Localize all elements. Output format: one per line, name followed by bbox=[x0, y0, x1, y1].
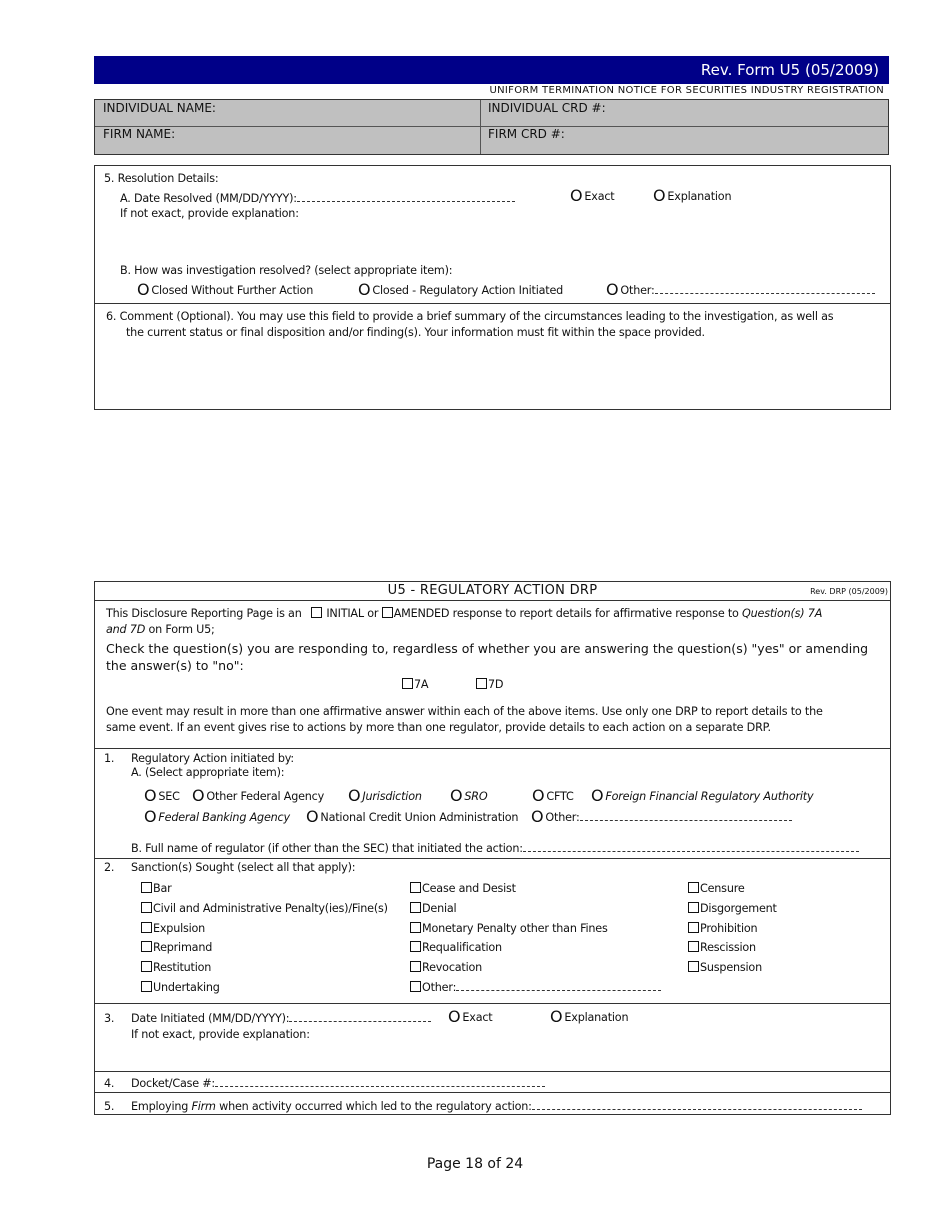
radio-closed-reg-action[interactable]: OClosed - Regulatory Action Initiated bbox=[358, 283, 563, 297]
q7a-option[interactable]: 7A bbox=[402, 678, 428, 691]
radio-label: Exact bbox=[584, 190, 614, 203]
q7d-label: 7D bbox=[488, 678, 503, 691]
radio-jurisdiction[interactable]: OJurisdiction bbox=[348, 789, 422, 803]
sanction-option[interactable]: Denial bbox=[410, 902, 456, 915]
employing-firm-line[interactable] bbox=[532, 1100, 862, 1110]
radio-label: Closed Without Further Action bbox=[151, 284, 313, 297]
explanation-label: If not exact, provide explanation: bbox=[120, 207, 299, 220]
initial-label: INITIAL or bbox=[326, 607, 378, 620]
employing-label: Employing bbox=[131, 1100, 188, 1113]
divider bbox=[95, 1071, 890, 1072]
sanction-label: Undertaking bbox=[153, 981, 220, 994]
item1-a-label: A. (Select appropriate item): bbox=[131, 766, 284, 779]
sanction-option[interactable]: Restitution bbox=[141, 961, 211, 974]
radio-label: Federal Banking Agency bbox=[158, 811, 289, 824]
other-line[interactable] bbox=[655, 284, 875, 294]
radio-other-regulator[interactable]: OOther: bbox=[531, 810, 792, 824]
radio-circle-icon: O bbox=[532, 789, 544, 803]
sanction-label: Denial bbox=[422, 902, 456, 915]
radio-circle-icon: O bbox=[137, 283, 149, 297]
sanction-label: Revocation bbox=[422, 961, 482, 974]
divider bbox=[95, 303, 890, 304]
regulator-name-field[interactable]: B. Full name of regulator (if other than… bbox=[131, 842, 859, 855]
page-number: Page 18 of 24 bbox=[0, 1156, 950, 1172]
radio-explanation-initiated[interactable]: OExplanation bbox=[550, 1010, 628, 1024]
form-header-bar: Rev. Form U5 (05/2009) bbox=[94, 56, 889, 84]
question-ref-7d: and 7D bbox=[106, 623, 145, 636]
checkbox[interactable] bbox=[410, 882, 421, 893]
radio-circle-icon: O bbox=[591, 789, 603, 803]
radio-label: SRO bbox=[464, 790, 487, 803]
sanction-label: Civil and Administrative Penalty(ies)/Fi… bbox=[153, 902, 388, 915]
item1-number: 1. bbox=[104, 752, 114, 765]
check-instructions-2: the answer(s) to "no": bbox=[106, 658, 244, 673]
checkbox[interactable] bbox=[688, 882, 699, 893]
sanction-option[interactable]: Requalification bbox=[410, 941, 502, 954]
on-form-text: on Form U5; bbox=[149, 623, 215, 636]
radio-label: Explanation bbox=[564, 1011, 628, 1024]
firm-label: Firm bbox=[192, 1100, 216, 1113]
checkbox[interactable] bbox=[688, 902, 699, 913]
radio-exact-initiated[interactable]: OExact bbox=[448, 1010, 493, 1024]
date-initiated-field[interactable]: Date Initiated (MM/DD/YYYY): bbox=[131, 1012, 431, 1025]
checkbox[interactable] bbox=[141, 941, 152, 952]
radio-circle-icon: O bbox=[192, 789, 204, 803]
sanction-option[interactable]: Monetary Penalty other than Fines bbox=[410, 922, 608, 935]
sanction-option[interactable]: Prohibition bbox=[688, 922, 757, 935]
radio-circle-icon: O bbox=[550, 1010, 562, 1024]
amended-label: AMENDED response to report details for a… bbox=[394, 607, 739, 620]
radio-ncua[interactable]: ONational Credit Union Administration bbox=[306, 810, 518, 824]
check-instructions-1: Check the question(s) you are responding… bbox=[106, 641, 868, 656]
radio-sro[interactable]: OSRO bbox=[450, 789, 488, 803]
radio-circle-icon: O bbox=[450, 789, 462, 803]
comment-instructions-2: the current status or final disposition … bbox=[126, 326, 705, 339]
q7d-option[interactable]: 7D bbox=[476, 678, 503, 691]
identity-box: INDIVIDUAL NAME: INDIVIDUAL CRD #: FIRM … bbox=[94, 99, 889, 155]
date-initiated-label: Date Initiated (MM/DD/YYYY): bbox=[131, 1012, 289, 1025]
sanction-label: Suspension bbox=[700, 961, 762, 974]
radio-circle-icon: O bbox=[531, 810, 543, 824]
radio-circle-icon: O bbox=[306, 810, 318, 824]
item3-number: 3. bbox=[104, 1012, 114, 1025]
sanction-label: Bar bbox=[153, 882, 172, 895]
divider bbox=[95, 748, 890, 749]
radio-label: CFTC bbox=[546, 790, 573, 803]
intro-text: This Disclosure Reporting Page is an bbox=[106, 607, 302, 620]
radio-circle-icon: O bbox=[653, 189, 665, 203]
radio-closed-no-action[interactable]: OClosed Without Further Action bbox=[137, 283, 313, 297]
radio-circle-icon: O bbox=[570, 189, 582, 203]
other-line[interactable] bbox=[580, 811, 792, 821]
drp-title: U5 - REGULATORY ACTION DRP bbox=[94, 583, 891, 598]
comment-textarea[interactable] bbox=[100, 345, 885, 405]
drp-revision: Rev. DRP (05/2009) bbox=[810, 587, 888, 596]
comment-instructions-1: 6. Comment (Optional). You may use this … bbox=[106, 310, 833, 323]
divider bbox=[95, 858, 890, 859]
employing-firm-field[interactable]: Employing Firm when activity occurred wh… bbox=[131, 1100, 862, 1113]
radio-label: Explanation bbox=[667, 190, 731, 203]
q7a-checkbox[interactable] bbox=[402, 678, 413, 689]
sanction-option[interactable]: Civil and Administrative Penalty(ies)/Fi… bbox=[141, 902, 388, 915]
question-ref: Question(s) 7A bbox=[742, 607, 822, 620]
amended-checkbox[interactable] bbox=[382, 607, 393, 618]
radio-label: Jurisdiction bbox=[362, 790, 421, 803]
sanction-label: Censure bbox=[700, 882, 745, 895]
radio-sec[interactable]: OSEC bbox=[144, 789, 180, 803]
sanction-label: Monetary Penalty other than Fines bbox=[422, 922, 608, 935]
item2-number: 2. bbox=[104, 861, 114, 874]
radio-explanation[interactable]: OExplanation bbox=[653, 189, 731, 203]
note-1: One event may result in more than one af… bbox=[106, 705, 823, 718]
checkbox[interactable] bbox=[410, 922, 421, 933]
section5-title: 5. Resolution Details: bbox=[104, 172, 218, 185]
radio-label: Closed - Regulatory Action Initiated bbox=[372, 284, 563, 297]
sanction-label: Reprimand bbox=[153, 941, 212, 954]
item4-number: 4. bbox=[104, 1077, 114, 1090]
radio-exact[interactable]: OExact bbox=[570, 189, 615, 203]
checkbox[interactable] bbox=[688, 941, 699, 952]
sanction-option[interactable]: Undertaking bbox=[141, 981, 220, 994]
form-revision: Rev. Form U5 (05/2009) bbox=[701, 61, 879, 79]
divider bbox=[95, 600, 890, 601]
sanction-option[interactable]: Other: bbox=[410, 981, 661, 994]
item1-title: Regulatory Action initiated by: bbox=[131, 752, 294, 765]
checkbox[interactable] bbox=[688, 922, 699, 933]
radio-other-federal[interactable]: OOther Federal Agency bbox=[192, 789, 324, 803]
divider bbox=[95, 1003, 890, 1004]
radio-federal-banking[interactable]: OFederal Banking Agency bbox=[144, 810, 290, 824]
sanction-option[interactable]: Disgorgement bbox=[688, 902, 777, 915]
sanction-option[interactable]: Reprimand bbox=[141, 941, 212, 954]
sanction-option[interactable]: Bar bbox=[141, 882, 172, 895]
sanction-label: Restitution bbox=[153, 961, 211, 974]
checkbox[interactable] bbox=[141, 961, 152, 972]
checkbox[interactable] bbox=[688, 961, 699, 972]
radio-circle-icon: O bbox=[348, 789, 360, 803]
radio-label: Other Federal Agency bbox=[206, 790, 324, 803]
sanction-option[interactable]: Cease and Desist bbox=[410, 882, 516, 895]
explanation-label: If not exact, provide explanation: bbox=[131, 1028, 310, 1041]
q7a-label: 7A bbox=[414, 678, 428, 691]
regulator-name-line[interactable] bbox=[523, 842, 859, 852]
docket-field[interactable]: Docket/Case #: bbox=[131, 1077, 545, 1090]
drp-intro: This Disclosure Reporting Page is an INI… bbox=[106, 607, 822, 620]
divider bbox=[480, 100, 481, 154]
radio-other[interactable]: OOther: bbox=[606, 283, 875, 297]
date-resolved-field[interactable]: A. Date Resolved (MM/DD/YYYY): bbox=[120, 192, 515, 205]
radio-label: Exact bbox=[462, 1011, 492, 1024]
note-2: same event. If an event gives rise to ac… bbox=[106, 721, 771, 734]
firm-name-field[interactable]: FIRM NAME: bbox=[103, 127, 175, 141]
sanction-label: Prohibition bbox=[700, 922, 757, 935]
checkbox[interactable] bbox=[410, 902, 421, 913]
sanction-label: Cease and Desist bbox=[422, 882, 516, 895]
radio-label: Other: bbox=[620, 284, 654, 297]
sanction-label: Other: bbox=[422, 981, 456, 994]
sanction-label: Disgorgement bbox=[700, 902, 777, 915]
regulator-name-label: B. Full name of regulator (if other than… bbox=[131, 842, 523, 855]
checkbox[interactable] bbox=[410, 961, 421, 972]
docket-label: Docket/Case #: bbox=[131, 1077, 215, 1090]
q7d-checkbox[interactable] bbox=[476, 678, 487, 689]
checkbox[interactable] bbox=[141, 902, 152, 913]
sanction-option[interactable]: Expulsion bbox=[141, 922, 205, 935]
sanction-label: Rescission bbox=[700, 941, 756, 954]
checkbox[interactable] bbox=[141, 981, 152, 992]
radio-label: National Credit Union Administration bbox=[320, 811, 518, 824]
date-resolved-label: A. Date Resolved (MM/DD/YYYY): bbox=[120, 192, 297, 205]
checkbox[interactable] bbox=[410, 981, 421, 992]
initial-checkbox[interactable] bbox=[311, 607, 322, 618]
docket-line[interactable] bbox=[215, 1077, 545, 1087]
date-resolved-line[interactable] bbox=[297, 192, 515, 202]
individual-crd-field[interactable]: INDIVIDUAL CRD #: bbox=[488, 101, 606, 115]
form-subtitle: UNIFORM TERMINATION NOTICE FOR SECURITIE… bbox=[490, 85, 884, 96]
radio-circle-icon: O bbox=[144, 789, 156, 803]
checkbox[interactable] bbox=[141, 922, 152, 933]
radio-label: Foreign Financial Regulatory Authority bbox=[605, 790, 813, 803]
checkbox[interactable] bbox=[410, 941, 421, 952]
sanction-label: Expulsion bbox=[153, 922, 205, 935]
date-initiated-line[interactable] bbox=[289, 1012, 431, 1022]
individual-name-field[interactable]: INDIVIDUAL NAME: bbox=[103, 101, 216, 115]
sanction-option[interactable]: Suspension bbox=[688, 961, 762, 974]
divider bbox=[95, 1092, 890, 1093]
item2-title: Sanction(s) Sought (select all that appl… bbox=[131, 861, 355, 874]
radio-label: SEC bbox=[158, 790, 179, 803]
sanction-option[interactable]: Rescission bbox=[688, 941, 756, 954]
radio-circle-icon: O bbox=[448, 1010, 460, 1024]
radio-foreign-authority[interactable]: OForeign Financial Regulatory Authority bbox=[591, 789, 813, 803]
sanction-label: Requalification bbox=[422, 941, 502, 954]
sanction-option[interactable]: Revocation bbox=[410, 961, 482, 974]
checkbox[interactable] bbox=[141, 882, 152, 893]
firm-crd-field[interactable]: FIRM CRD #: bbox=[488, 127, 565, 141]
radio-circle-icon: O bbox=[358, 283, 370, 297]
employing-suffix: when activity occurred which led to the … bbox=[219, 1100, 532, 1113]
sanction-option[interactable]: Censure bbox=[688, 882, 745, 895]
other-line[interactable] bbox=[456, 981, 661, 991]
resolution-question: B. How was investigation resolved? (sele… bbox=[120, 264, 452, 277]
radio-circle-icon: O bbox=[144, 810, 156, 824]
item5-number: 5. bbox=[104, 1100, 114, 1113]
radio-label: Other: bbox=[545, 811, 579, 824]
radio-circle-icon: O bbox=[606, 283, 618, 297]
radio-cftc[interactable]: OCFTC bbox=[532, 789, 574, 803]
